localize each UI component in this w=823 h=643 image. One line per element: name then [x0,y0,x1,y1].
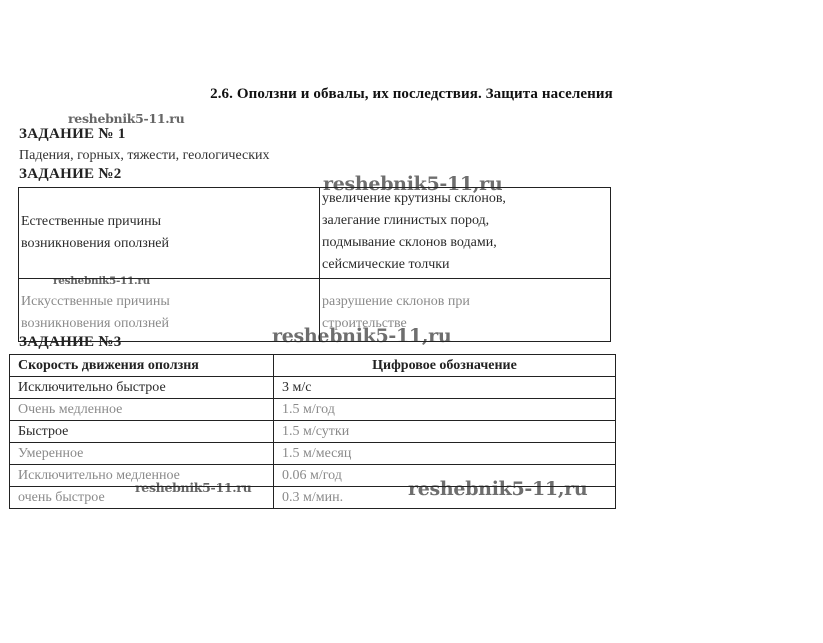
cause-line: Естественные причины [21,214,161,229]
table-row: очень быстрое 0.3 м/мин. [10,487,616,509]
details-line: строительстве [322,316,407,331]
table-row: Быстрое 1.5 м/сутки [10,421,616,443]
value-cell: 0.3 м/мин. [274,487,616,509]
table-row: Очень медленное 1.5 м/год [10,399,616,421]
task-2-heading: ЗАДАНИЕ №2 [19,166,122,183]
table-row: Исключительно быстрое 3 м/с [10,377,616,399]
speed-cell: Исключительно быстрое [10,377,274,399]
task-1-heading: ЗАДАНИЕ № 1 [19,126,126,143]
table-row: Исключительно медленное 0.06 м/год [10,465,616,487]
speed-cell: Умеренное [10,443,274,465]
landslide-speed-table: Скорость движения оползня Цифровое обозн… [9,354,616,509]
landslide-causes-table: Естественные причины возникновения ополз… [18,187,611,342]
table-row: Естественные причины возникновения ополз… [19,188,611,279]
cause-line: возникновения оползней [21,236,169,251]
column-header-value: Цифровое обозначение [274,355,616,377]
value-cell: 0.06 м/год [274,465,616,487]
table-row: Искусственные причины возникновения опол… [19,279,611,342]
details-line: увеличение крутизны склонов, [322,191,506,206]
details-cell: увеличение крутизны склонов, залегание г… [320,188,611,279]
value-cell: 1.5 м/месяц [274,443,616,465]
speed-cell: Быстрое [10,421,274,443]
cause-cell: Искусственные причины возникновения опол… [19,279,320,342]
task-3-heading: ЗАДАНИЕ №3 [19,334,122,351]
details-line: залегание глинистых пород, [322,213,489,228]
page-title: 2.6. Оползни и обвалы, их последствия. З… [0,86,823,103]
cause-cell: Естественные причины возникновения ополз… [19,188,320,279]
cause-line: возникновения оползней [21,316,169,331]
watermark: reshebnik5-11.ru [68,111,184,126]
table-row: Умеренное 1.5 м/месяц [10,443,616,465]
cause-line: Искусственные причины [21,294,170,309]
value-cell: 1.5 м/сутки [274,421,616,443]
column-header-speed: Скорость движения оползня [10,355,274,377]
speed-cell: Очень медленное [10,399,274,421]
task-1-answer: Падения, горных, тяжести, геологических [19,148,270,164]
speed-cell: очень быстрое [10,487,274,509]
speed-cell: Исключительно медленное [10,465,274,487]
table-header-row: Скорость движения оползня Цифровое обозн… [10,355,616,377]
value-cell: 3 м/с [274,377,616,399]
details-line: разрушение склонов при [322,294,470,309]
details-line: подмывание склонов водами, [322,235,497,250]
value-cell: 1.5 м/год [274,399,616,421]
details-line: сейсмические толчки [322,257,450,272]
details-cell: разрушение склонов при строительстве [320,279,611,342]
